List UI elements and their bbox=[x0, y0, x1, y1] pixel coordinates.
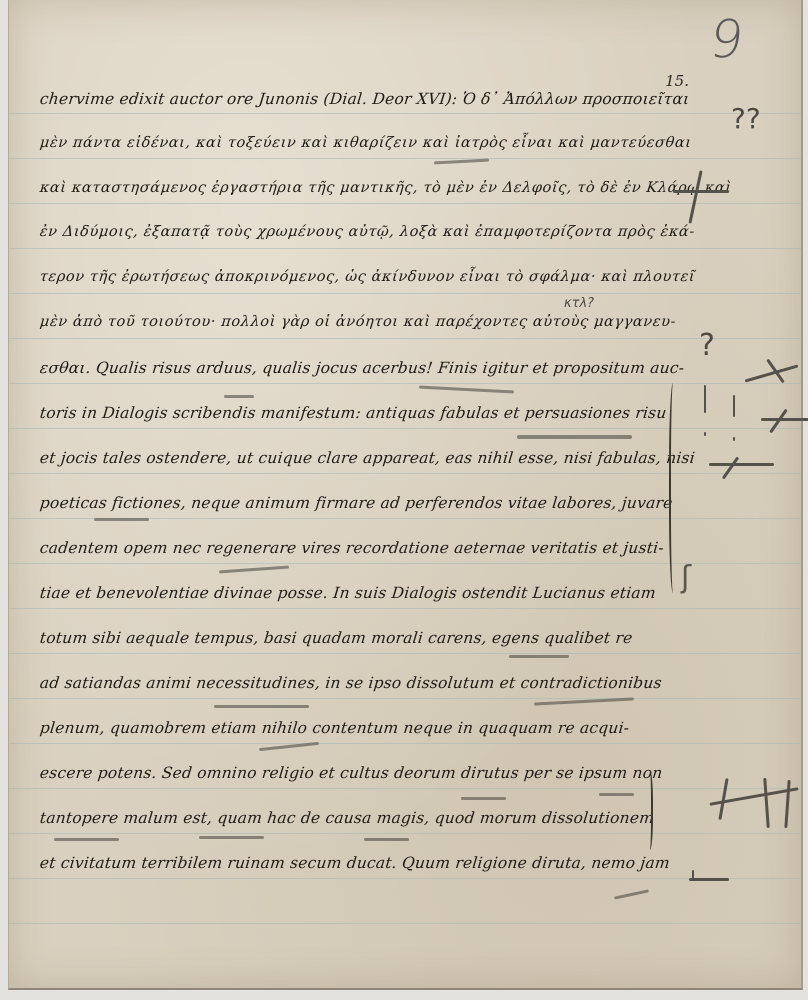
text-line-6: μὲν ἀπὸ τοῦ τοιούτου· πολλοὶ γὰρ οἱ ἀνόη… bbox=[39, 314, 681, 330]
margin-question-mark: ? bbox=[699, 328, 715, 363]
text-line-12: tiae et benevolentiae divinae posse. In … bbox=[39, 584, 681, 602]
ruled-line bbox=[9, 698, 801, 699]
pencil-underline bbox=[434, 159, 489, 165]
pencil-underline bbox=[364, 838, 409, 841]
page-number: 9 bbox=[706, 10, 748, 70]
text-line-8: toris in Dialogis scribendis manifestum:… bbox=[39, 404, 681, 422]
text-line-5: τερον τῆς ἐρωτήσεως ἀποκρινόμενος, ὡς ἀκ… bbox=[39, 269, 681, 285]
ruled-line bbox=[9, 428, 801, 429]
pencil-underline bbox=[599, 793, 634, 796]
text-line-15: plenum, quamobrem etiam nihilo contentum… bbox=[39, 719, 681, 737]
margin-cross-mark bbox=[722, 456, 739, 479]
text-line-4: ἐν Διδύμοις, ἐξαπατᾷ τοὺς χρωμένους αὐτῷ… bbox=[39, 224, 681, 240]
ruled-line bbox=[9, 473, 801, 474]
text-line-3: καὶ καταστησάμενος ἐργαστήρια τῆς μαντικ… bbox=[39, 180, 681, 196]
margin-exclamation-mark bbox=[733, 437, 735, 441]
pencil-underline bbox=[517, 435, 632, 439]
text-line-14: ad satiandas animi necessitudines, in se… bbox=[39, 674, 681, 692]
manuscript-page: 9 15. chervime edixit auctor ore Junonis… bbox=[8, 0, 803, 990]
margin-squiggle: ʃ bbox=[681, 560, 691, 595]
margin-cross-mark bbox=[761, 418, 808, 421]
ruled-line bbox=[9, 923, 801, 924]
text-line-9: et jocis tales ostendere, ut cuique clar… bbox=[39, 449, 681, 467]
pencil-underline bbox=[461, 797, 506, 800]
text-line-7: εσθαι. Qualis risus arduus, qualis jocus… bbox=[39, 359, 681, 377]
text-line-18: et civitatum terribilem ruinam secum duc… bbox=[39, 854, 681, 872]
ruled-line bbox=[9, 653, 801, 654]
margin-cross-mark bbox=[769, 409, 788, 434]
ruled-line bbox=[9, 338, 801, 339]
ruled-line bbox=[9, 248, 801, 249]
margin-brace-small bbox=[645, 770, 653, 850]
ruled-line bbox=[9, 788, 801, 789]
text-line-17: tantopere malum est, quam hac de causa m… bbox=[39, 809, 681, 827]
text-line-11: cadentem opem nec regenerare vires recor… bbox=[39, 539, 681, 557]
margin-question-marks: ?? bbox=[731, 102, 761, 135]
ruled-line bbox=[9, 293, 801, 294]
ruled-line bbox=[9, 878, 801, 879]
ruled-line bbox=[9, 113, 801, 114]
margin-exclamation-mark bbox=[733, 395, 735, 417]
margin-exclamation-mark bbox=[704, 385, 706, 413]
pencil-underline bbox=[224, 395, 254, 398]
text-line-16: escere potens. Sed omnino religio et cul… bbox=[39, 764, 681, 782]
pencil-underline bbox=[214, 705, 309, 708]
ruled-line bbox=[9, 833, 801, 834]
margin-brace bbox=[669, 383, 679, 593]
folio-number: 15. bbox=[665, 72, 689, 90]
text-line-2: μὲν πάντα εἰδέναι, καὶ τοξεύειν καὶ κιθα… bbox=[39, 135, 681, 151]
ruled-line bbox=[9, 383, 801, 384]
margin-dash-mark bbox=[692, 870, 694, 880]
ruled-line bbox=[9, 158, 801, 159]
interlinear-correction: κτλ? bbox=[564, 296, 594, 311]
margin-exclamation-mark bbox=[704, 432, 706, 436]
pencil-underline bbox=[199, 836, 264, 839]
text-line-10: poeticas fictiones, neque animum firmare… bbox=[39, 494, 681, 512]
margin-plus-mark bbox=[673, 190, 729, 193]
text-line-13: totum sibi aequale tempus, basi quadam m… bbox=[39, 629, 681, 647]
margin-cross-mark bbox=[709, 463, 774, 466]
pencil-underline bbox=[94, 518, 149, 521]
ruled-line bbox=[9, 608, 801, 609]
pencil-underline bbox=[614, 889, 649, 899]
pencil-underline bbox=[419, 386, 514, 394]
pencil-underline bbox=[509, 655, 569, 658]
pencil-underline bbox=[54, 838, 119, 841]
pencil-underline bbox=[219, 566, 289, 574]
text-line-1: chervime edixit auctor ore Junonis (Dial… bbox=[39, 90, 681, 108]
ruled-line bbox=[9, 203, 801, 204]
margin-dash-mark bbox=[689, 878, 729, 881]
margin-plus-mark bbox=[688, 170, 702, 223]
margin-hash-mark bbox=[763, 778, 769, 828]
ruled-line bbox=[9, 743, 801, 744]
